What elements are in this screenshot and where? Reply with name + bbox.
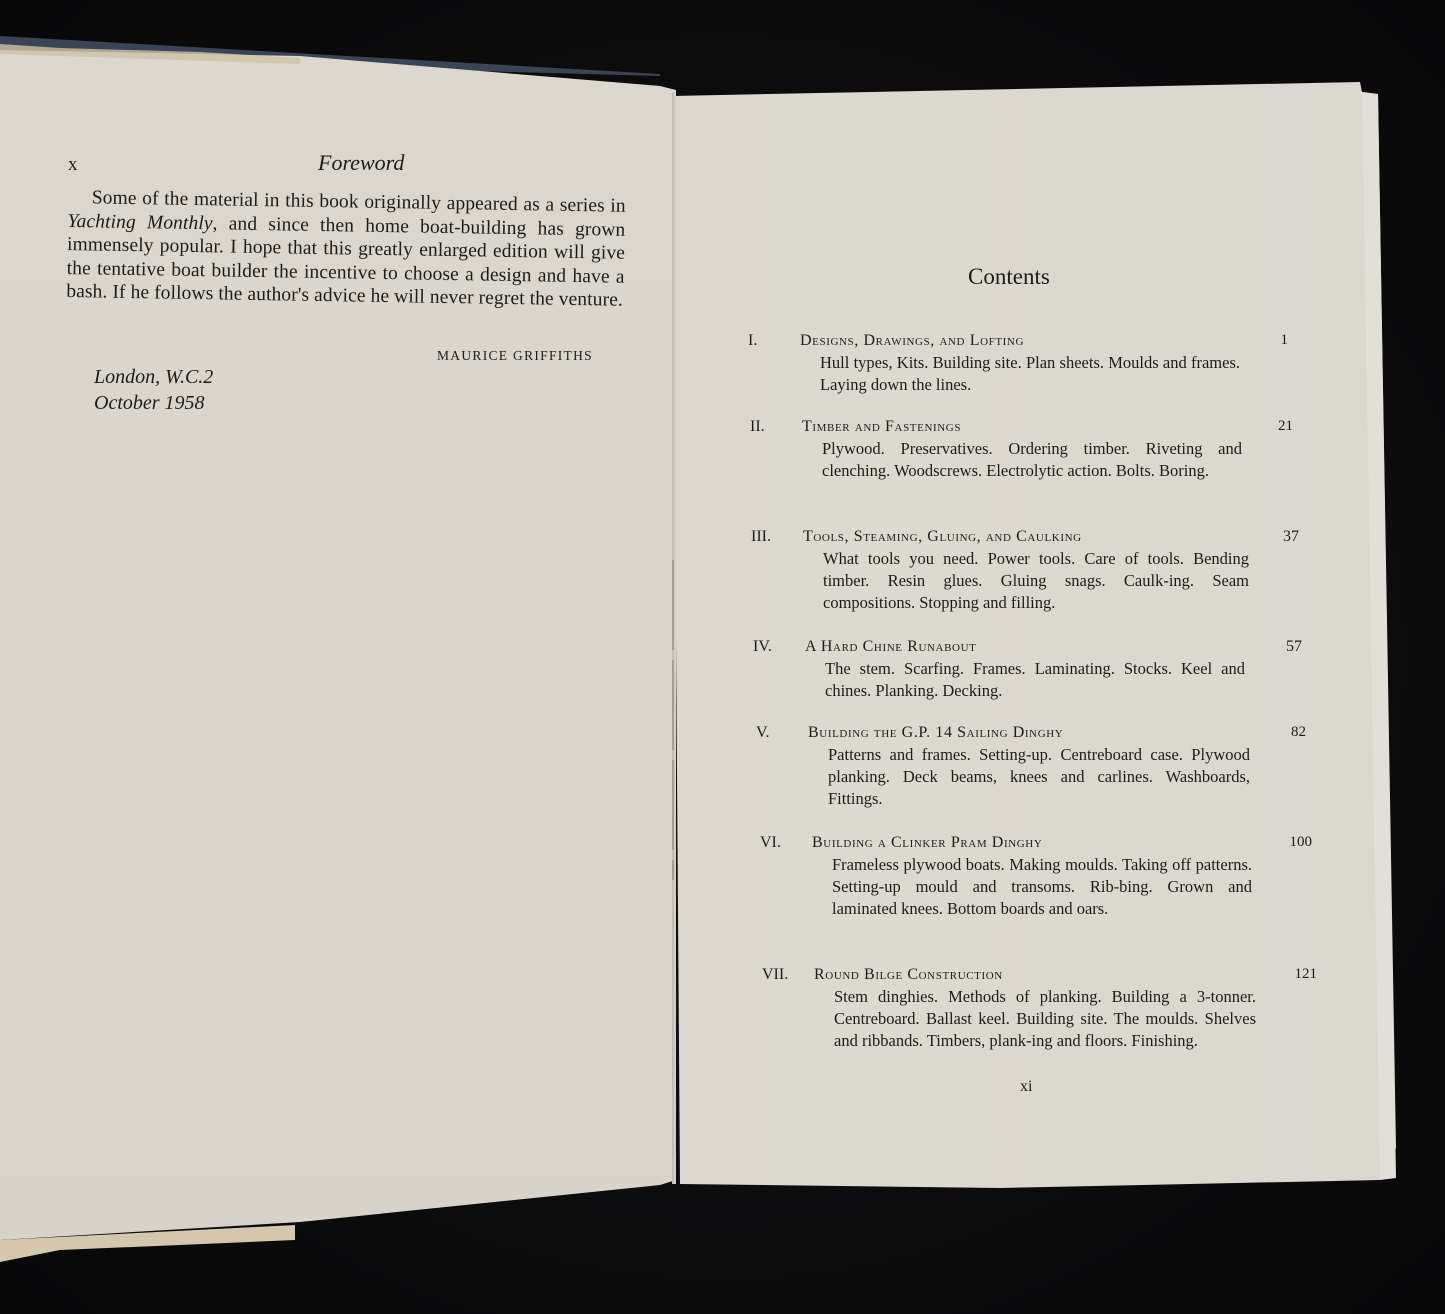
chapter-numeral: VI. [760,834,781,852]
chapter-description: Plywood. Preservatives. Ordering timber.… [822,438,1242,482]
chapter-description: Frameless plywood boats. Making moulds. … [832,854,1252,920]
chapter-title: Tools, Steaming, Gluing, and Caulking [803,528,1082,546]
chapter-numeral: III. [751,528,771,546]
running-title: Foreword [318,150,404,176]
chapter-title: Round Bilge Construction [814,966,1003,984]
foreword-body: Some of the material in this book origin… [66,186,626,313]
gutter-stitching [672,560,674,880]
chapter-description: Patterns and frames. Setting-up. Centreb… [828,744,1250,810]
chapter-title: A Hard Chine Runabout [805,638,976,656]
page-number-left: x [68,154,78,176]
chapter-numeral: II. [750,418,765,436]
chapter-numeral: I. [748,332,757,350]
chapter-description: The stem. Scarfing. Frames. Laminating. … [825,658,1245,702]
chapter-title: Timber and Fastenings [802,418,961,436]
chapter-page: 1 [1248,332,1288,349]
chapter-numeral: VII. [762,966,788,984]
chapter-description: What tools you need. Power tools. Care o… [823,548,1249,614]
page-number-right: xi [1020,1078,1032,1096]
chapter-numeral: IV. [753,638,772,656]
contents-heading: Contents [968,264,1050,290]
chapter-title: Building a Clinker Pram Dinghy [812,834,1042,852]
chapter-page: 82 [1266,724,1306,741]
magazine-title: Yachting Monthly [67,211,213,234]
chapter-page: 21 [1253,418,1293,435]
place: London, W.C.2 [94,364,213,390]
foreword-header: x Foreword [68,154,628,184]
chapter-page: 121 [1277,966,1317,983]
author-signature: Maurice Griffiths [437,348,593,364]
chapter-numeral: V. [756,724,770,742]
place-date: London, W.C.2 October 1958 [94,364,213,416]
date: October 1958 [94,390,213,416]
chapter-title: Designs, Drawings, and Lofting [800,332,1024,350]
chapter-description: Hull types, Kits. Building site. Plan sh… [820,352,1240,396]
chapter-description: Stem dinghies. Methods of planking. Buil… [834,986,1256,1052]
chapter-title: Building the G.P. 14 Sailing Dinghy [808,724,1063,742]
chapter-page: 57 [1262,638,1302,656]
chapter-page: 100 [1272,834,1312,851]
photo-scene: x Foreword Some of the material in this … [0,0,1445,1314]
chapter-page: 37 [1259,528,1299,546]
